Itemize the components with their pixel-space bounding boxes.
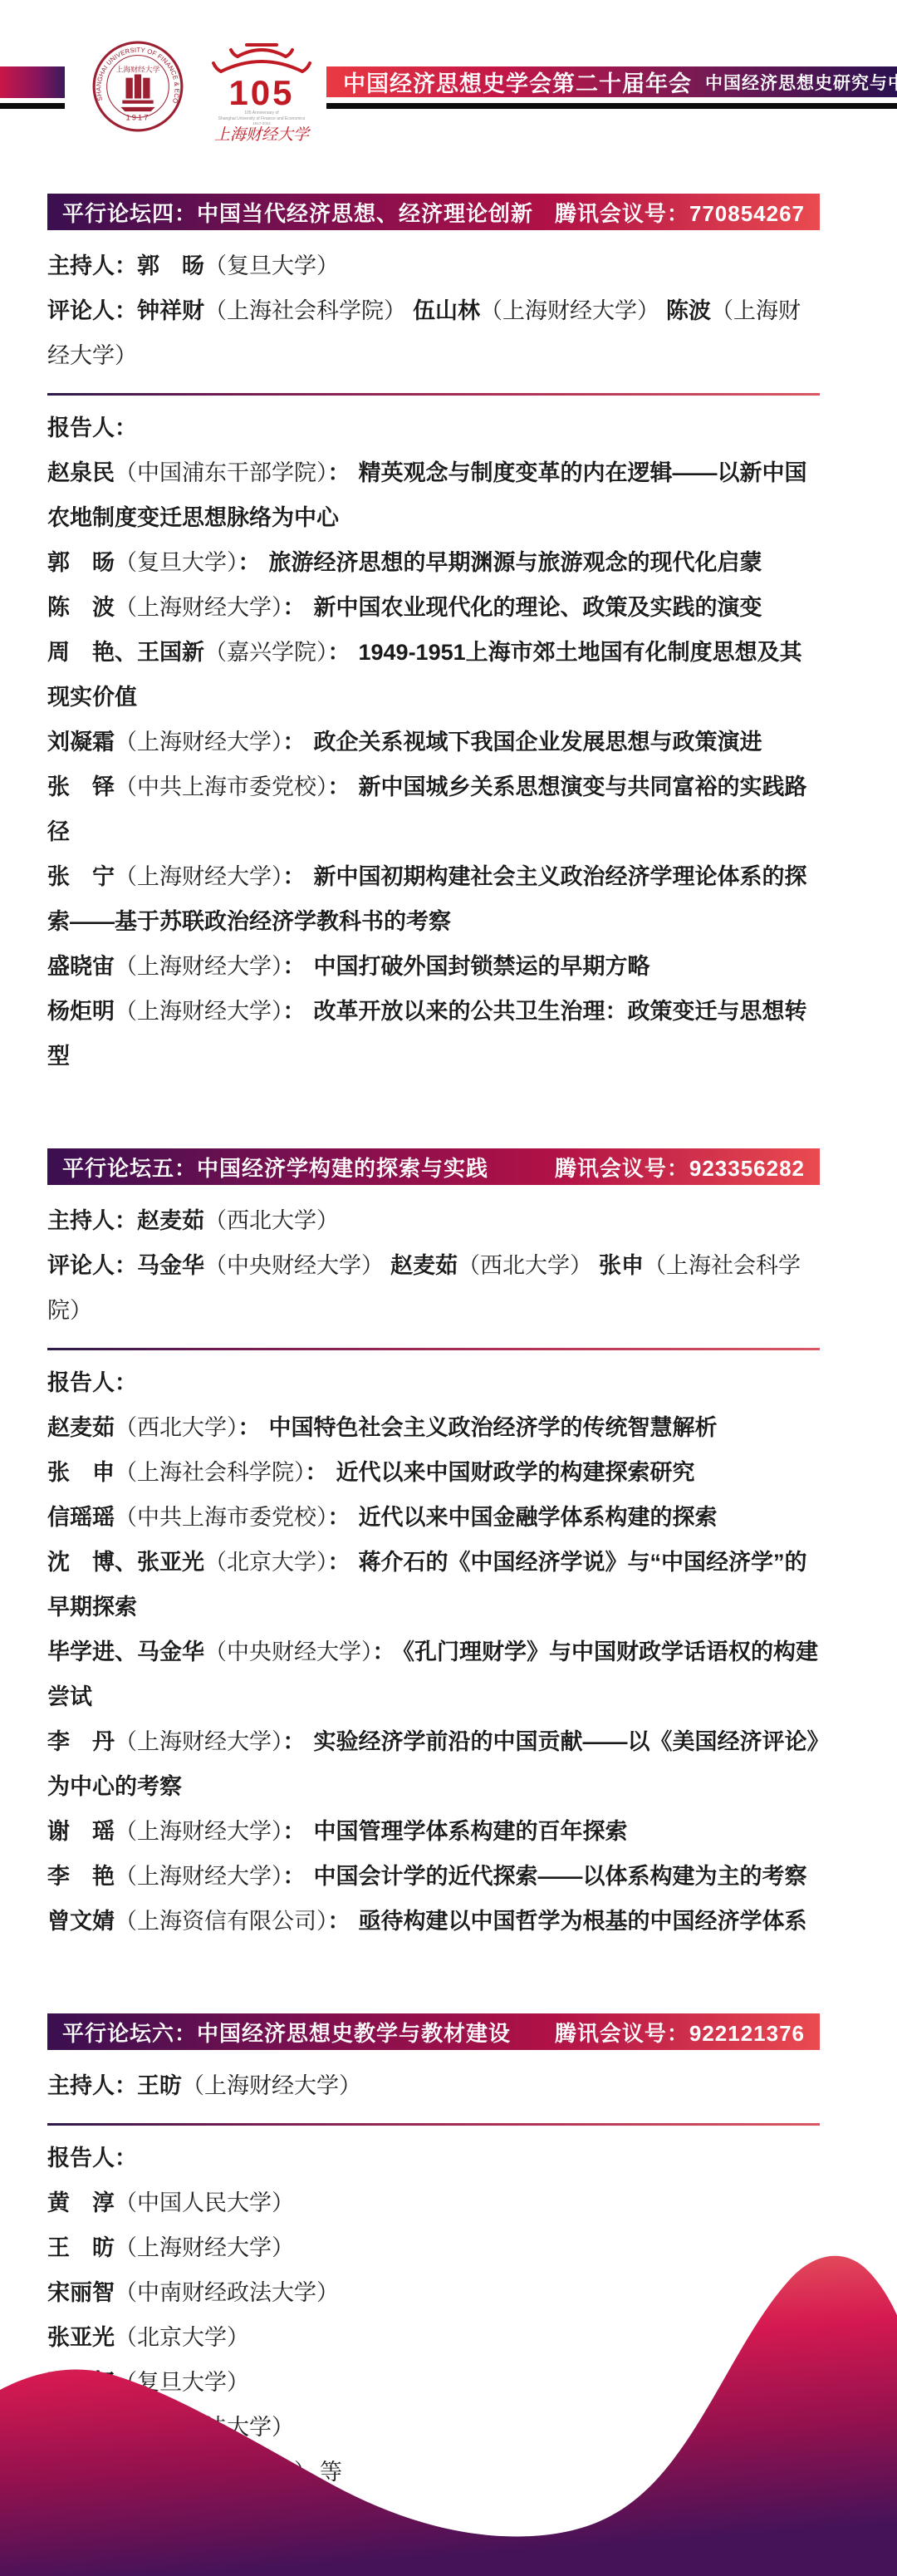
- banner-black-stripe: [326, 103, 897, 109]
- report-title: 旅游经济思想的早期渊源与旅游观念的现代化启蒙: [269, 550, 762, 575]
- pagoda-roof-icon: [213, 45, 310, 71]
- report-item: 李 艳（上海财经大学）：中国会计学的近代探索——以体系构建为主的考察: [47, 1854, 820, 1899]
- anniversary-105-logo: 105 105 Anniversary of Shanghai Universi…: [206, 37, 317, 143]
- reporter-affiliation: （嘉兴学院）: [204, 640, 328, 665]
- report-item: 盛晓宙（上海财经大学）：中国打破外国封锁禁运的早期方略: [47, 944, 820, 989]
- banner-title-sub: 中国经济思想史研究与中国经济学构建: [705, 70, 897, 95]
- reporter-affiliation: （上海资信有限公司）: [115, 1909, 328, 1934]
- report-title: 亟待构建以中国哲学为根基的中国经济学体系: [359, 1909, 807, 1934]
- forum-5-people: 主持人：赵麦茹（西北大学） 评论人：马金华（中央财经大学）赵麦茹（西北大学）张申…: [47, 1198, 820, 1333]
- reporter-affiliation: （中国浦东干部学院）: [115, 460, 328, 485]
- anniversary-caption3: 1917-2022: [252, 121, 271, 125]
- reporter-name: 毕学进、马金华: [47, 1639, 204, 1664]
- report-title: 新中国农业现代化的理论、政策及实践的演变: [314, 595, 762, 620]
- header-left-gradient-bar: [0, 66, 65, 98]
- reporter-name: 陈 波: [47, 595, 115, 620]
- anniversary-caption1: 105 Anniversary of: [244, 111, 279, 116]
- colon: ：: [328, 460, 350, 485]
- report-item: 毕学进、马金华（中央财经大学）：《孔门理财学》与中国财政学话语权的构建尝试: [47, 1630, 820, 1719]
- forum-5-report-list: 赵麦茹（西北大学）：中国特色社会主义政治经济学的传统智慧解析张 申（上海社会科学…: [47, 1405, 820, 1944]
- forum-6-meeting-id: 腾讯会议号：922121376: [555, 2017, 805, 2048]
- person-affiliation: （西北大学）: [458, 1253, 592, 1278]
- person-name: 赵麦茹: [390, 1253, 458, 1278]
- seal-cn-name: 上海财经大学: [116, 64, 160, 73]
- person-affiliation: （上海社会科学院）: [204, 298, 406, 323]
- forum-5-title: 平行论坛五：中国经济学构建的探索与实践: [62, 1152, 488, 1182]
- colon: ：: [328, 1505, 350, 1530]
- report-item: 周 艳、王国新（嘉兴学院）：1949-1951上海市郊土地国有化制度思想及其现实…: [47, 630, 820, 720]
- reporter-affiliation: （中共上海市委党校）: [115, 774, 328, 799]
- reporter-name: 张 宁: [47, 864, 115, 889]
- reporter-affiliation: （中共上海市委党校）: [115, 1505, 328, 1530]
- person-name: 赵麦茹: [137, 1208, 204, 1233]
- colon: ：: [238, 1415, 261, 1440]
- person: 马金华（中央财经大学）: [137, 1253, 384, 1278]
- reporter-name: 李 艳: [47, 1864, 115, 1889]
- reporter-label: 报告人：: [47, 2146, 137, 2170]
- report-item: 张 铎（中共上海市委党校）：新中国城乡关系思想演变与共同富裕的实践路径: [47, 764, 820, 854]
- reporter-affiliation: （上海财经大学）: [115, 864, 283, 889]
- colon: ：: [238, 550, 261, 575]
- person-name: 钟祥财: [137, 298, 204, 323]
- colon: ：: [328, 640, 350, 665]
- report-item: 谢 瑶（上海财经大学）：中国管理学体系构建的百年探索: [47, 1809, 820, 1854]
- reporter-name: 郭 旸: [47, 550, 115, 575]
- reporter-affiliation: （上海财经大学）: [115, 1729, 283, 1754]
- person: 赵麦茹（西北大学）: [390, 1253, 592, 1278]
- person-name: 王昉: [137, 2073, 182, 2098]
- reporter-affiliation: （上海社会科学院）: [115, 1460, 306, 1485]
- host-line: 主持人：郭 旸（复旦大学）: [47, 243, 820, 288]
- program-content: 平行论坛四：中国当代经济思想、经济理论创新 腾讯会议号：770854267 主持…: [47, 194, 820, 2564]
- report-item: 张 宁（上海财经大学）：新中国初期构建社会主义政治经济学理论体系的探索——基于苏…: [47, 854, 820, 944]
- anniversary-number: 105: [228, 73, 294, 112]
- colon: ：: [283, 1864, 306, 1889]
- colon: ：: [283, 954, 306, 979]
- reporter-name: 沈 博、张亚光: [47, 1550, 204, 1575]
- person: 钟祥财（上海社会科学院）: [137, 298, 406, 323]
- forum-4-people: 主持人：郭 旸（复旦大学） 评论人：钟祥财（上海社会科学院）伍山林（上海财经大学…: [47, 243, 820, 378]
- host-label: 主持人：: [47, 253, 137, 278]
- person-name: 马金华: [137, 1253, 204, 1278]
- report-title: 中国打破外国封锁禁运的早期方略: [314, 954, 650, 979]
- reporter-affiliation: （上海财经大学）: [115, 1819, 283, 1844]
- reporter-affiliation: （上海财经大学）: [115, 1864, 283, 1889]
- person: 赵麦茹（西北大学）: [137, 1208, 339, 1233]
- person-name: 伍山林: [413, 298, 480, 323]
- reporter-name: 黄 淳: [47, 2190, 115, 2215]
- reporter-name: 谢 瑶: [47, 1819, 115, 1844]
- reporter-label: 报告人：: [47, 1370, 137, 1395]
- reporter-name: 盛晓宙: [47, 954, 115, 979]
- forum-4-meeting-id: 腾讯会议号：770854267: [555, 197, 805, 228]
- reporter-label: 报告人：: [47, 415, 137, 440]
- colon: ：: [283, 1729, 306, 1754]
- forum-6-people: 主持人：王昉（上海财经大学）: [47, 2063, 820, 2108]
- colon: ：: [283, 1819, 306, 1844]
- reporter-affiliation: （北京大学）: [204, 1550, 328, 1575]
- forum-5-meeting-id: 腾讯会议号：923356282: [555, 1152, 805, 1182]
- host-label: 主持人：: [47, 1208, 137, 1233]
- person-name: 郭 旸: [137, 253, 204, 278]
- seal-year: 1917: [125, 113, 149, 121]
- reporter-affiliation: （上海财经大学）: [115, 954, 283, 979]
- colon: ：: [306, 1460, 328, 1485]
- reporter-affiliation: （复旦大学）: [115, 550, 238, 575]
- reporter-name: 赵麦茹: [47, 1415, 115, 1440]
- forum-4-report-list: 赵泉民（中国浦东干部学院）：精英观念与制度变革的内在逻辑——以新中国农地制度变迁…: [47, 450, 820, 1079]
- forum-6-header-bar: 平行论坛六：中国经济思想史教学与教材建设 腾讯会议号：922121376: [47, 2013, 820, 2050]
- report-title: 中国管理学体系构建的百年探索: [314, 1819, 628, 1844]
- person-affiliation: （上海财经大学）: [182, 2073, 361, 2098]
- conference-banner: 中国经济思想史学会第二十届年会 中国经济思想史研究与中国经济学构建: [326, 66, 897, 97]
- report-item: 陈 波（上海财经大学）：新中国农业现代化的理论、政策及实践的演变: [47, 585, 820, 630]
- commentator-line: 评论人：马金华（中央财经大学）赵麦茹（西北大学）张申（上海社会科学院）: [47, 1243, 820, 1333]
- section-divider: [47, 393, 820, 396]
- report-item: 黄 淳（中国人民大学）: [47, 2180, 820, 2225]
- report-item: 郭 旸（复旦大学）：旅游经济思想的早期渊源与旅游观念的现代化启蒙: [47, 540, 820, 585]
- banner-title-main: 中国经济思想史学会第二十届年会: [343, 66, 692, 98]
- report-title: 中国特色社会主义政治经济学的传统智慧解析: [269, 1415, 718, 1440]
- forum-section-4: 平行论坛四：中国当代经济思想、经济理论创新 腾讯会议号：770854267 主持…: [47, 194, 820, 1079]
- reporter-label-line: 报告人：: [47, 1360, 820, 1405]
- colon: ：: [328, 1909, 350, 1934]
- section-divider: [47, 1348, 820, 1350]
- report-item: 赵麦茹（西北大学）：中国特色社会主义政治经济学的传统智慧解析: [47, 1405, 820, 1450]
- person: 王昉（上海财经大学）: [137, 2073, 361, 2098]
- forum-5-header-bar: 平行论坛五：中国经济学构建的探索与实践 腾讯会议号：923356282: [47, 1148, 820, 1185]
- person-affiliation: （上海财经大学）: [480, 298, 659, 323]
- anniversary-calligraphy: 上海财经大学: [214, 126, 311, 143]
- host-label: 主持人：: [47, 2073, 137, 2098]
- report-title: 政企关系视域下我国企业发展思想与政策演进: [314, 730, 762, 755]
- person-affiliation: （西北大学）: [204, 1208, 339, 1233]
- reporter-label-line: 报告人：: [47, 2136, 820, 2180]
- header-left-black-stripe: [0, 103, 65, 109]
- person-name: 张申: [599, 1253, 644, 1278]
- report-item: 刘凝霜（上海财经大学）：政企关系视域下我国企业发展思想与政策演进: [47, 720, 820, 764]
- reporter-name: 张 铎: [47, 774, 115, 799]
- reporter-label-line: 报告人：: [47, 406, 820, 450]
- reporter-name: 信瑶瑶: [47, 1505, 115, 1530]
- reporter-name: 周 艳、王国新: [47, 640, 204, 665]
- commentator-label: 评论人：: [47, 298, 137, 323]
- colon: ：: [283, 999, 306, 1024]
- reporter-name: 张 申: [47, 1460, 115, 1485]
- host-line: 主持人：赵麦茹（西北大学）: [47, 1198, 820, 1243]
- colon: ：: [283, 730, 306, 755]
- commentator-line: 评论人：钟祥财（上海社会科学院）伍山林（上海财经大学）陈波（上海财经大学）: [47, 288, 820, 378]
- colon: ：: [283, 595, 306, 620]
- report-item: 赵泉民（中国浦东干部学院）：精英观念与制度变革的内在逻辑——以新中国农地制度变迁…: [47, 450, 820, 540]
- section-divider: [47, 2123, 820, 2126]
- reporter-affiliation: （中央财经大学）: [204, 1639, 373, 1664]
- reporter-affiliation: （中国人民大学）: [115, 2190, 294, 2215]
- person: 伍山林（上海财经大学）: [413, 298, 659, 323]
- colon: ：: [373, 1639, 395, 1664]
- commentator-label: 评论人：: [47, 1253, 137, 1278]
- person-affiliation: （中央财经大学）: [204, 1253, 384, 1278]
- reporter-name: 曾文婧: [47, 1909, 115, 1934]
- report-item: 张 申（上海社会科学院）：近代以来中国财政学的构建探索研究: [47, 1450, 820, 1495]
- report-item: 信瑶瑶（中共上海市委党校）：近代以来中国金融学体系构建的探索: [47, 1495, 820, 1540]
- forum-4-title: 平行论坛四：中国当代经济思想、经济理论创新: [62, 197, 533, 228]
- colon: ：: [328, 1550, 350, 1575]
- person-affiliation: （复旦大学）: [204, 253, 339, 278]
- person-name: 陈波: [666, 298, 711, 323]
- report-title: 中国会计学的近代探索——以体系构建为主的考察: [314, 1864, 807, 1889]
- report-title: 近代以来中国财政学的构建探索研究: [336, 1460, 695, 1485]
- report-item: 李 丹（上海财经大学）：实验经济学前沿的中国贡献——以《美国经济评论》为中心的考…: [47, 1719, 820, 1809]
- report-title: 近代以来中国金融学体系构建的探索: [359, 1505, 718, 1530]
- reporter-affiliation: （上海财经大学）: [115, 730, 283, 755]
- reporter-affiliation: （上海财经大学）: [115, 999, 283, 1024]
- forum-section-5: 平行论坛五：中国经济学构建的探索与实践 腾讯会议号：923356282 主持人：…: [47, 1148, 820, 1944]
- decorative-wave: [0, 2244, 897, 2576]
- forum-4-header-bar: 平行论坛四：中国当代经济思想、经济理论创新 腾讯会议号：770854267: [47, 194, 820, 230]
- reporter-affiliation: （上海财经大学）: [115, 595, 283, 620]
- colon: ：: [328, 774, 350, 799]
- person: 郭 旸（复旦大学）: [137, 253, 339, 278]
- host-line: 主持人：王昉（上海财经大学）: [47, 2063, 820, 2108]
- university-seal-logo: SHANGHAI UNIVERSITY OF FINANCE & ECONOMI…: [91, 40, 184, 133]
- reporter-name: 刘凝霜: [47, 730, 115, 755]
- reporter-name: 赵泉民: [47, 460, 115, 485]
- seal-building-emblem: [120, 74, 154, 111]
- report-item: 杨炬明（上海财经大学）：改革开放以来的公共卫生治理：政策变迁与思想转型: [47, 989, 820, 1079]
- reporter-affiliation: （西北大学）: [115, 1415, 238, 1440]
- report-item: 曾文婧（上海资信有限公司）：亟待构建以中国哲学为根基的中国经济学体系: [47, 1899, 820, 1944]
- colon: ：: [283, 864, 306, 889]
- report-item: 沈 博、张亚光（北京大学）：蒋介石的《中国经济学说》与“中国经济学”的早期探索: [47, 1540, 820, 1630]
- reporter-name: 杨炬明: [47, 999, 115, 1024]
- reporter-name: 李 丹: [47, 1729, 115, 1754]
- forum-6-title: 平行论坛六：中国经济思想史教学与教材建设: [62, 2017, 511, 2048]
